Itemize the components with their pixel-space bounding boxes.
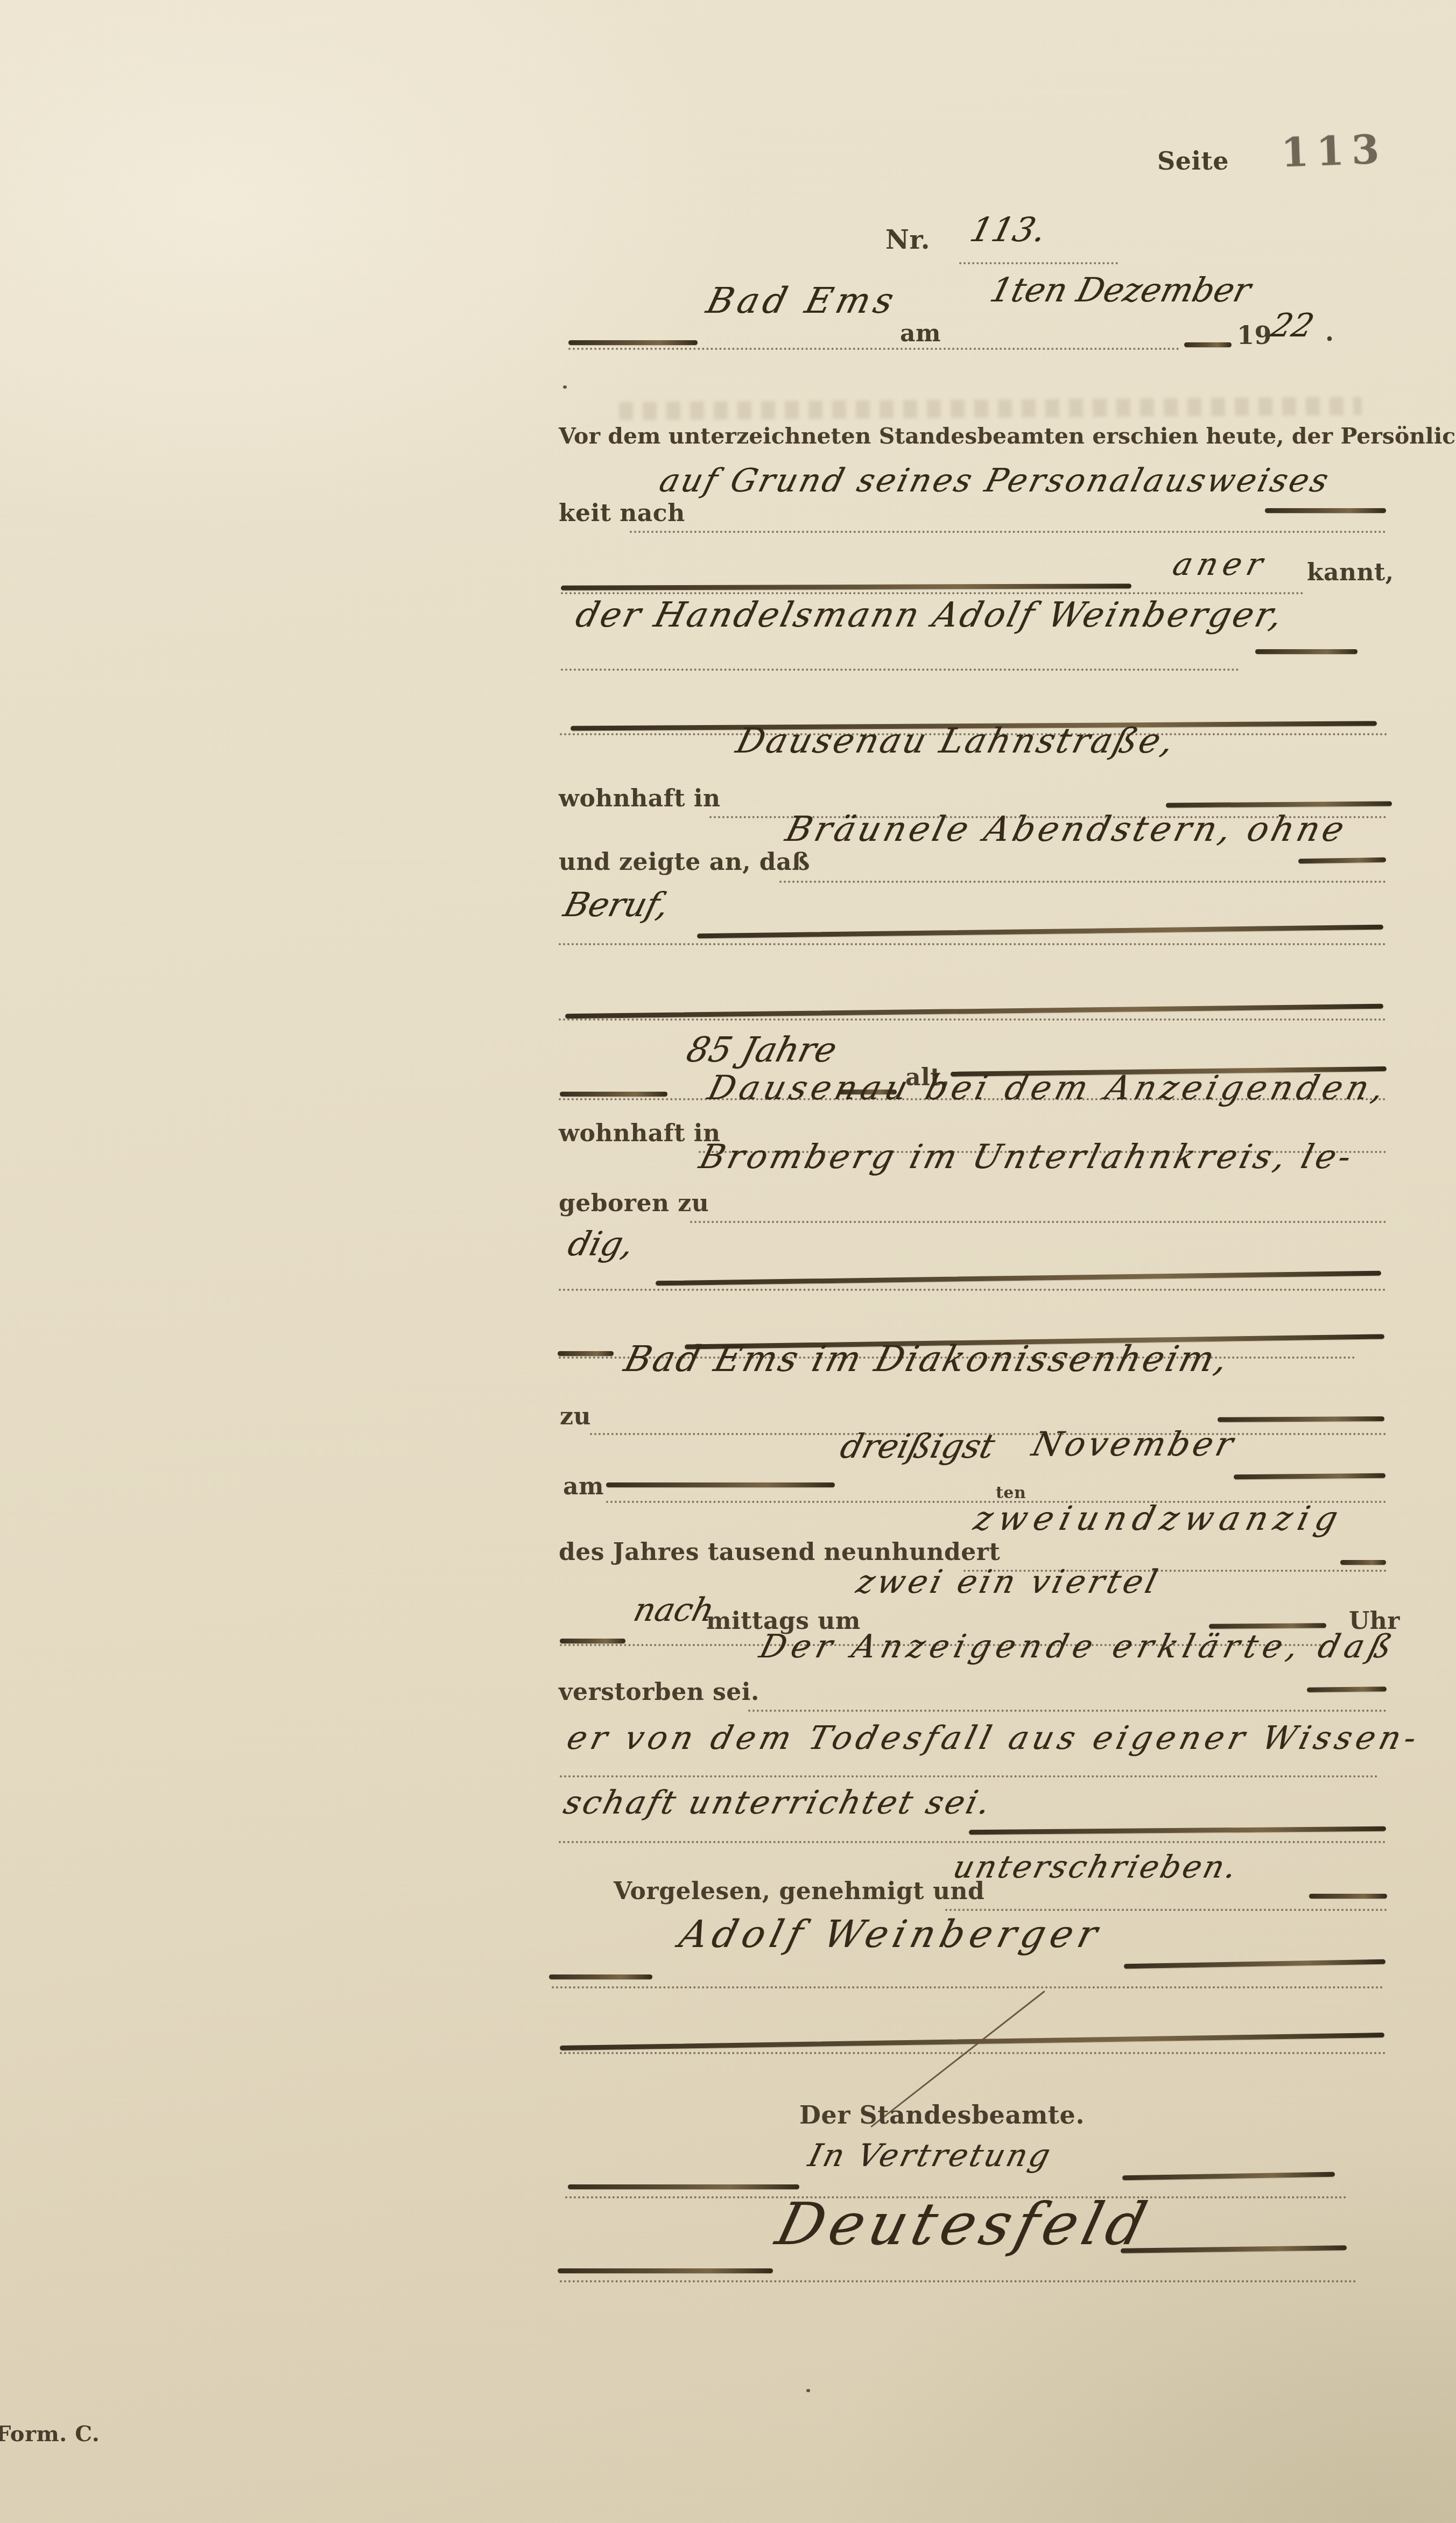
- ink-stroke: [561, 584, 1131, 591]
- form-intro-line2: keit nach: [559, 500, 685, 527]
- declarant-residence-entry: Dausenau Lahnstraße,: [732, 721, 1180, 761]
- age-entry: 85 Jahre: [683, 1030, 841, 1070]
- registrar-signature: Deutesfeld: [770, 2191, 1158, 2258]
- geboren-label: geboren zu: [559, 1190, 709, 1217]
- ink-stroke: [558, 2268, 773, 2273]
- ink-stroke: [969, 1826, 1386, 1835]
- identification-entry: auf Grund seines Personalausweises: [656, 462, 1334, 500]
- death-year-entry: zweiundzwanzig: [970, 1499, 1348, 1538]
- nach-entry: nach: [630, 1591, 718, 1629]
- ink-stroke: [1255, 649, 1357, 654]
- dotted-rule: [559, 1841, 1386, 1843]
- ink-stroke: [1184, 342, 1232, 347]
- dotted-rule: [748, 1710, 1387, 1712]
- declarant-entry: der Handelsmann Adolf Weinberger,: [572, 595, 1289, 635]
- year-entry: 22: [1267, 307, 1318, 345]
- ink-stroke: [1234, 1473, 1385, 1479]
- unterschrieben-entry: unterschrieben.: [949, 1849, 1242, 1885]
- birthplace-entry: Bromberg im Unterlahnkreis, le-: [695, 1137, 1359, 1176]
- declaration3-entry: schaft unterrichtet sei.: [560, 1784, 996, 1822]
- ink-stroke: [1121, 2245, 1347, 2253]
- place-entry: Bad Ems: [702, 280, 902, 321]
- vorgelesen-label: Vorgelesen, genehmigt und: [614, 1878, 984, 1905]
- wohnhaft-label: wohnhaft in: [559, 785, 720, 812]
- am2-label: am: [563, 1473, 604, 1500]
- zeigte-label: und zeigte an, daß: [559, 848, 810, 876]
- deputy-note-entry: In Vertretung: [805, 2137, 1056, 2174]
- am-label: am: [900, 320, 941, 347]
- ink-speck: [563, 385, 567, 389]
- birthplace-cont-entry: dig,: [564, 1224, 638, 1263]
- ink-stroke: [1265, 508, 1386, 513]
- year-line-label: des Jahres tausend neunhundert: [559, 1538, 1000, 1566]
- declarant-signature: Adolf Weinberger: [675, 1912, 1107, 1956]
- death-month-entry: November: [1028, 1424, 1240, 1464]
- ink-stroke: [656, 1271, 1381, 1286]
- ink-stroke: [1309, 1894, 1387, 1899]
- ink-stroke: [558, 1351, 614, 1356]
- dotted-rule: [552, 1986, 1383, 1988]
- dotted-rule: [959, 262, 1118, 264]
- ink-stroke: [549, 1974, 652, 1979]
- ink-stroke: [568, 2184, 799, 2189]
- dotted-rule: [630, 531, 1386, 533]
- ink-stroke: [1218, 1416, 1384, 1422]
- ink-stroke: [1298, 858, 1386, 864]
- declaration1-entry: Der Anzeigende erklärte, daß: [756, 1628, 1401, 1665]
- aner-entry: aner: [1169, 546, 1272, 582]
- seite-label: Seite: [1157, 146, 1229, 175]
- death-record-page: Seite 113 Nr. 113. Bad Ems am 1ten Dezem…: [0, 0, 1456, 2523]
- dotted-rule: [559, 1289, 1386, 1291]
- declaration2-entry: er von dem Todesfall aus eigener Wissen-: [563, 1719, 1425, 1757]
- ink-stroke: [1340, 1560, 1386, 1565]
- ink-speck: [806, 2389, 810, 2392]
- nr-label: Nr.: [885, 225, 930, 255]
- ink-stroke: [1122, 2172, 1335, 2181]
- year-printed: 19: [1237, 321, 1272, 350]
- dotted-rule: [560, 2052, 1386, 2054]
- zu-label: zu: [560, 1403, 591, 1430]
- wohnhaft2-label: wohnhaft in: [559, 1120, 720, 1147]
- dotted-rule: [779, 881, 1386, 883]
- ink-stroke: [697, 925, 1383, 939]
- dotted-rule: [559, 1018, 1386, 1021]
- ink-stroke: [606, 1482, 835, 1487]
- ink-bleed-through: [619, 397, 1362, 420]
- dotted-rule: [690, 1221, 1387, 1223]
- ink-stroke: [560, 1639, 625, 1643]
- ink-stroke: [1166, 802, 1392, 808]
- registrar-title: Der Standesbeamte.: [799, 2100, 1085, 2130]
- date-entry: 1ten Dezember: [986, 270, 1255, 310]
- deceased-name-entry: Bräunele Abendstern, ohne: [782, 810, 1351, 849]
- ink-stroke: [560, 1092, 667, 1097]
- dotted-rule: [560, 2280, 1356, 2282]
- dotted-rule: [560, 1775, 1378, 1777]
- dotted-rule: [568, 348, 1179, 350]
- verstorben-label: verstorben sei.: [559, 1678, 759, 1706]
- form-number-label: Form. C.: [0, 2421, 100, 2447]
- ink-stroke: [568, 340, 698, 345]
- dotted-rule: [945, 1909, 1387, 1911]
- record-number-entry: 113.: [966, 210, 1050, 249]
- death-place-entry: Bad Ems im Diakonissenheim,: [620, 1338, 1234, 1380]
- deceased-residence-entry: Dausenau bei dem Anzeigenden,: [704, 1068, 1392, 1107]
- page-number-stamp: 113: [1281, 126, 1388, 177]
- ink-stroke: [1307, 1686, 1387, 1692]
- kannt-label: kannt,: [1307, 559, 1394, 586]
- dotted-rule: [561, 592, 1304, 594]
- dotted-rule: [561, 669, 1239, 671]
- death-time-entry: zwei ein viertel: [853, 1563, 1164, 1601]
- beruf-entry: Beruf,: [560, 885, 673, 924]
- ink-stroke: [565, 1004, 1383, 1019]
- dateline-period: .: [1325, 318, 1334, 347]
- form-intro-line1: Vor dem unterzeichneten Standesbeamten e…: [559, 423, 1456, 449]
- ink-stroke: [1124, 1959, 1385, 1969]
- dotted-rule: [559, 943, 1386, 945]
- death-day-entry: dreißigst: [836, 1426, 999, 1466]
